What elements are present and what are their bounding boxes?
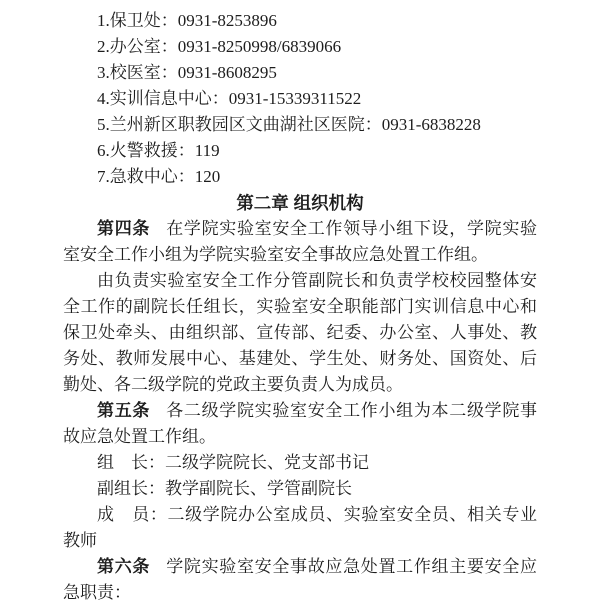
chapter-heading: 第二章 组织机构 xyxy=(63,190,537,216)
contact-line-emergency-center: 7.急救中心：120 xyxy=(63,164,537,190)
role-line-deputy-leader: 副组长：教学副院长、学管副院长 xyxy=(63,476,537,502)
role-line-members: 成 员：二级学院办公室成员、实验室安全员、相关专业教师 xyxy=(63,502,537,554)
article-5-label: 第五条 xyxy=(97,401,150,420)
article-4-label: 第四条 xyxy=(97,219,150,238)
role-line-leader: 组 长：二级学院院长、党支部书记 xyxy=(63,450,537,476)
article-4-members-paragraph: 由负责实验室安全工作分管副院长和负责学校校园整体安全工作的副院长任组长，实验室安… xyxy=(63,268,537,398)
article-5-paragraph: 第五条各二级学院实验室安全工作小组为本二级学院事故应急处置工作组。 xyxy=(63,398,537,450)
article-6-paragraph: 第六条学院实验室安全事故应急处置工作组主要安全应急职责： xyxy=(63,554,537,601)
contact-line-fire-rescue: 6.火警救援：119 xyxy=(63,138,537,164)
article-6-label: 第六条 xyxy=(97,557,150,576)
article-4-paragraph: 第四条在学院实验室安全工作领导小组下设，学院实验室安全工作小组为学院实验室安全事… xyxy=(63,216,537,268)
contact-line-clinic: 3.校医室：0931-8608295 xyxy=(63,60,537,86)
document-page: 1.保卫处：0931-8253896 2.办公室：0931-8250998/68… xyxy=(0,0,590,601)
contact-line-security-office: 1.保卫处：0931-8253896 xyxy=(63,8,537,34)
contact-line-general-office: 2.办公室：0931-8250998/6839066 xyxy=(63,34,537,60)
contact-line-training-info-center: 4.实训信息中心：0931-15339311522 xyxy=(63,86,537,112)
contact-line-community-hospital: 5.兰州新区职教园区文曲湖社区医院：0931-6838228 xyxy=(63,112,537,138)
